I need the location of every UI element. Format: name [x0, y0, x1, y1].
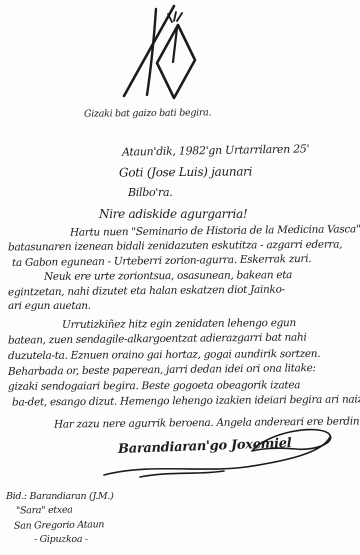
sender-line-house: "Sara" etxea: [16, 506, 73, 516]
sender-line-name: Bid.: Barandiaran (J.M.): [6, 492, 114, 502]
addressee-name: Goti (Jose Luis) jaunari: [119, 165, 252, 178]
emblem-caption: Gizaki bat gaizo bati begira.: [84, 108, 211, 119]
body-line: Urrutizkiñez hitz egin zenidaten lehengo…: [62, 318, 296, 331]
sender-line-town: San Gregorio Ataun: [14, 520, 104, 531]
body-line: Hartu nuen "Seminario de Historia de la …: [70, 224, 360, 238]
body-line: egintzetan, nahi dizutet eta halan eskat…: [8, 285, 285, 298]
body-line: batasunaren izenean bidali zenidazuten e…: [8, 240, 342, 253]
emblem-drawing-icon: [110, 3, 230, 101]
body-line: Beharbada or, beste paperean, jarri deda…: [8, 363, 316, 377]
addressee-city: Bilbo'ra.: [128, 187, 172, 198]
body-line: ba-det, esango dizut. Hemengo lehengo iz…: [12, 394, 360, 408]
letter-page: Gizaki bat gaizo bati begira. Ataun'dik,…: [0, 0, 360, 555]
body-line: ari egun auetan.: [8, 301, 91, 312]
salutation: Nire adiskide agurgarria!: [99, 208, 247, 220]
sender-line-province: - Gipuzkoa -: [34, 535, 88, 545]
body-line: Neuk ere urte zoriontsua, osasunean, bak…: [44, 270, 292, 282]
body-line: duzutela-ta. Eznuen oraino gai hortaz, g…: [8, 349, 320, 362]
body-line: ta Gabon egunean - Urteberri zorion-agur…: [12, 254, 311, 269]
body-line: gizaki sendogaiari begira. Beste gogoeta…: [8, 380, 300, 392]
dateline: Ataun'dik, 1982'gn Urtarrilaren 25': [122, 143, 309, 157]
body-line: batean, zuen sendagile-alkargoentzat adi…: [8, 332, 307, 346]
